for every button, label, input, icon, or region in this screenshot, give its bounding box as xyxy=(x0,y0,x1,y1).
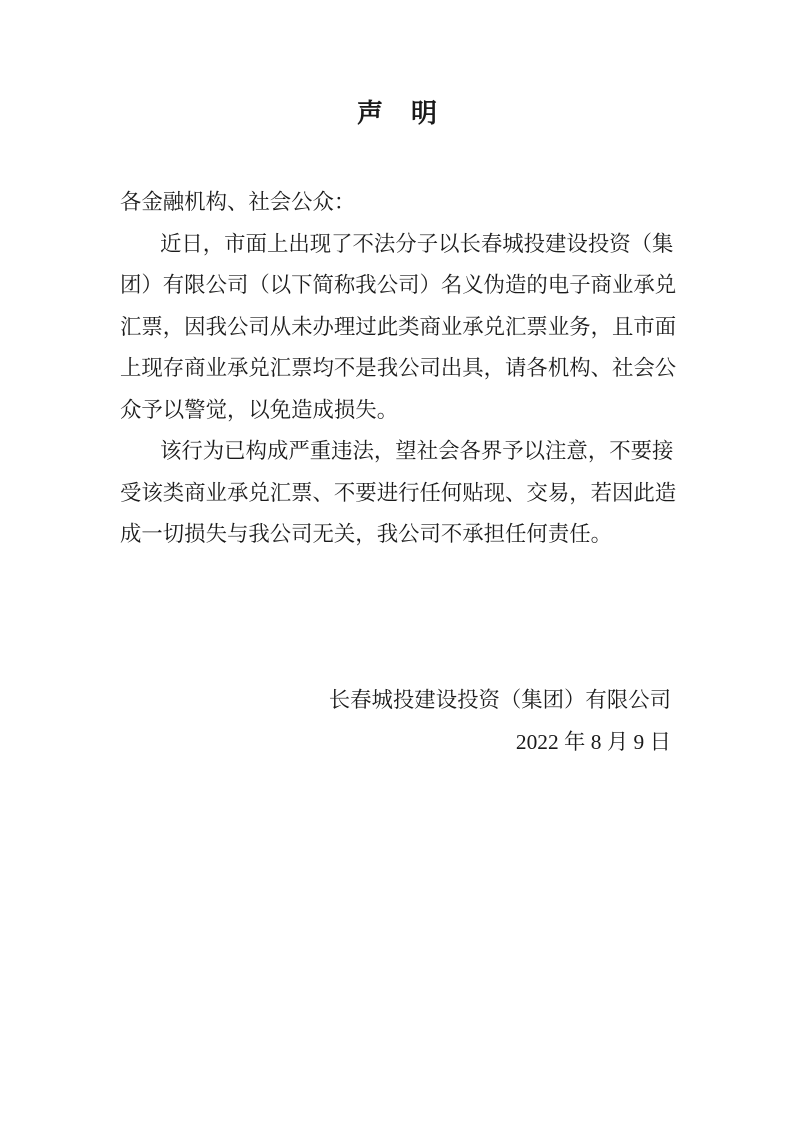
paragraph1-line-4: 上现存商业承兑汇票均不是我公司出具，请各机构、社会公 xyxy=(120,348,675,390)
paragraph2-line-2: 受该类商业承兑汇票、不要进行任何贴现、交易，若因此造 xyxy=(120,473,675,515)
salutation-line: 各金融机构、社会公众： xyxy=(120,182,675,224)
document-page: 声 明 各金融机构、社会公众： 近日，市面上出现了不法分子以长春城投建设投资（集… xyxy=(0,0,793,1122)
document-title: 声 明 xyxy=(120,96,675,132)
paragraph1-line-3: 汇票，因我公司从未办理过此类商业承兑汇票业务，且市面 xyxy=(120,307,675,349)
paragraph1-line-2: 团）有限公司（以下简称我公司）名义伪造的电子商业承兑 xyxy=(120,265,675,307)
document-body: 各金融机构、社会公众： 近日，市面上出现了不法分子以长春城投建设投资（集 团）有… xyxy=(120,182,675,763)
paragraph2-line-3: 成一切损失与我公司无关，我公司不承担任何责任。 xyxy=(120,514,675,556)
signature-company: 长春城投建设投资（集团）有限公司 xyxy=(120,680,675,722)
paragraph1-line-1: 近日，市面上出现了不法分子以长春城投建设投资（集 xyxy=(120,224,675,266)
signature-date: 2022 年 8 月 9 日 xyxy=(120,722,675,764)
paragraph2-line-1: 该行为已构成严重违法，望社会各界予以注意，不要接 xyxy=(120,431,675,473)
paragraph1-line-5: 众予以警觉，以免造成损失。 xyxy=(120,390,675,432)
